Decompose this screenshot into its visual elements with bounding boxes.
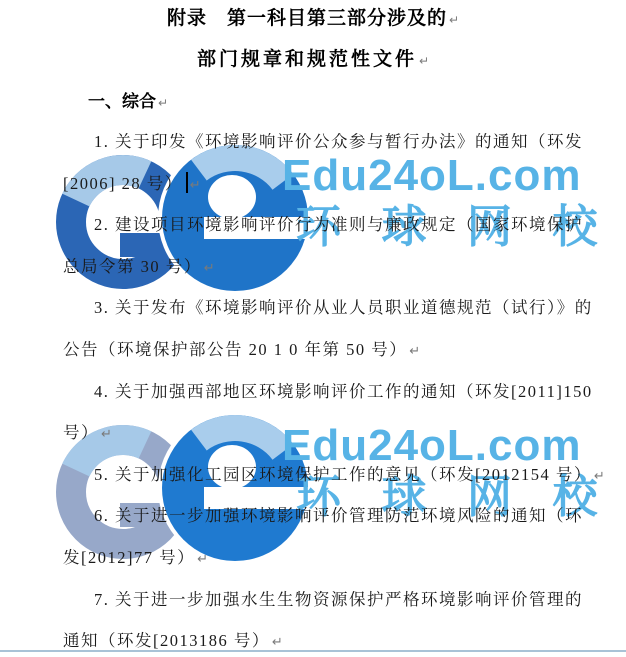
doc-text-line[interactable]: [2006] 28 号）↵ [0, 163, 626, 205]
doc-text-line[interactable]: 号）↵ [0, 412, 626, 454]
doc-text-line[interactable]: 1. 关于印发《环境影响评价公众参与暂行办法》的通知（环发 [0, 121, 626, 163]
doc-text-line[interactable]: 发[2012]77 号）↵ [0, 537, 626, 579]
doc-text-line[interactable]: 3. 关于发布《环境影响评价从业人员职业道德规范（试行）》的 [0, 287, 626, 329]
doc-text-line[interactable]: 公告（环境保护部公告 20 1 0 年第 50 号）↵ [0, 329, 626, 371]
doc-text: 6. 关于进一步加强环境影响评价管理防范环境风险的通知（环 [94, 506, 583, 525]
paragraph-mark-icon: ↵ [158, 96, 168, 110]
doc-text: 3. 关于发布《环境影响评价从业人员职业道德规范（试行）》的 [94, 298, 593, 317]
paragraph-mark-icon: ↵ [190, 178, 201, 193]
paragraph-mark-icon: ↵ [594, 469, 605, 484]
doc-text-line[interactable]: 6. 关于进一步加强环境影响评价管理防范环境风险的通知（环 [0, 495, 626, 537]
doc-title-line2[interactable]: 部门规章和规范性文件↵ [0, 47, 626, 74]
doc-text-line[interactable]: 4. 关于加强西部地区环境影响评价工作的通知（环发[2011]150 [0, 371, 626, 413]
doc-text: 5. 关于加强化工园区环境保护工作的意见（环发[2012154 号） [94, 465, 592, 484]
doc-title-line1[interactable]: 附录 第一科目第三部分涉及的↵ [0, 6, 626, 33]
doc-text: 1. 关于印发《环境影响评价公众参与暂行办法》的通知（环发 [94, 132, 583, 151]
doc-text: [2006] 28 号） [63, 174, 183, 193]
doc-text: 发[2012]77 号） [63, 548, 195, 567]
text-cursor [186, 172, 188, 193]
doc-text: 总局令第 30 号） [63, 257, 202, 276]
paragraph-mark-icon: ↵ [409, 344, 420, 359]
paragraph-mark-icon: ↵ [272, 635, 283, 650]
paragraph-mark-icon: ↵ [101, 427, 112, 442]
doc-text-line[interactable]: 5. 关于加强化工园区环境保护工作的意见（环发[2012154 号）↵ [0, 454, 626, 496]
paragraph-mark-icon: ↵ [204, 261, 215, 276]
bottom-divider [0, 650, 626, 652]
doc-text-line[interactable]: 总局令第 30 号）↵ [0, 246, 626, 288]
section-heading-text: 一、综合 [88, 92, 156, 111]
doc-title-line1-text: 附录 第一科目第三部分涉及的 [167, 8, 447, 29]
paragraph-mark-icon: ↵ [449, 13, 459, 27]
doc-text: 4. 关于加强西部地区环境影响评价工作的通知（环发[2011]150 [94, 382, 593, 401]
doc-text: 通知（环发[2013186 号） [63, 631, 270, 650]
doc-text: 公告（环境保护部公告 20 1 0 年第 50 号） [63, 340, 407, 359]
doc-body-lines: 1. 关于印发《环境影响评价公众参与暂行办法》的通知（环发[2006] 28 号… [0, 121, 626, 657]
document-content: 附录 第一科目第三部分涉及的↵ 部门规章和规范性文件↵ 一、综合↵ 1. 关于印… [0, 0, 626, 657]
paragraph-mark-icon: ↵ [197, 552, 208, 567]
doc-text-line[interactable]: 7. 关于进一步加强水生生物资源保护严格环境影响评价管理的 [0, 579, 626, 621]
paragraph-mark-icon: ↵ [419, 54, 429, 68]
doc-text: 号） [63, 423, 99, 442]
section-heading[interactable]: 一、综合↵ [88, 90, 626, 115]
doc-title-line2-text: 部门规章和规范性文件 [197, 49, 417, 70]
document-page: { "header": { "title_line1": "附录 第一科目第三部… [0, 0, 626, 657]
doc-text: 2. 建设项目环境影响评价行为准则与廉政规定（国家环境保护 [94, 215, 583, 234]
doc-text-line[interactable]: 2. 建设项目环境影响评价行为准则与廉政规定（国家环境保护 [0, 204, 626, 246]
doc-text: 7. 关于进一步加强水生生物资源保护严格环境影响评价管理的 [94, 590, 583, 609]
